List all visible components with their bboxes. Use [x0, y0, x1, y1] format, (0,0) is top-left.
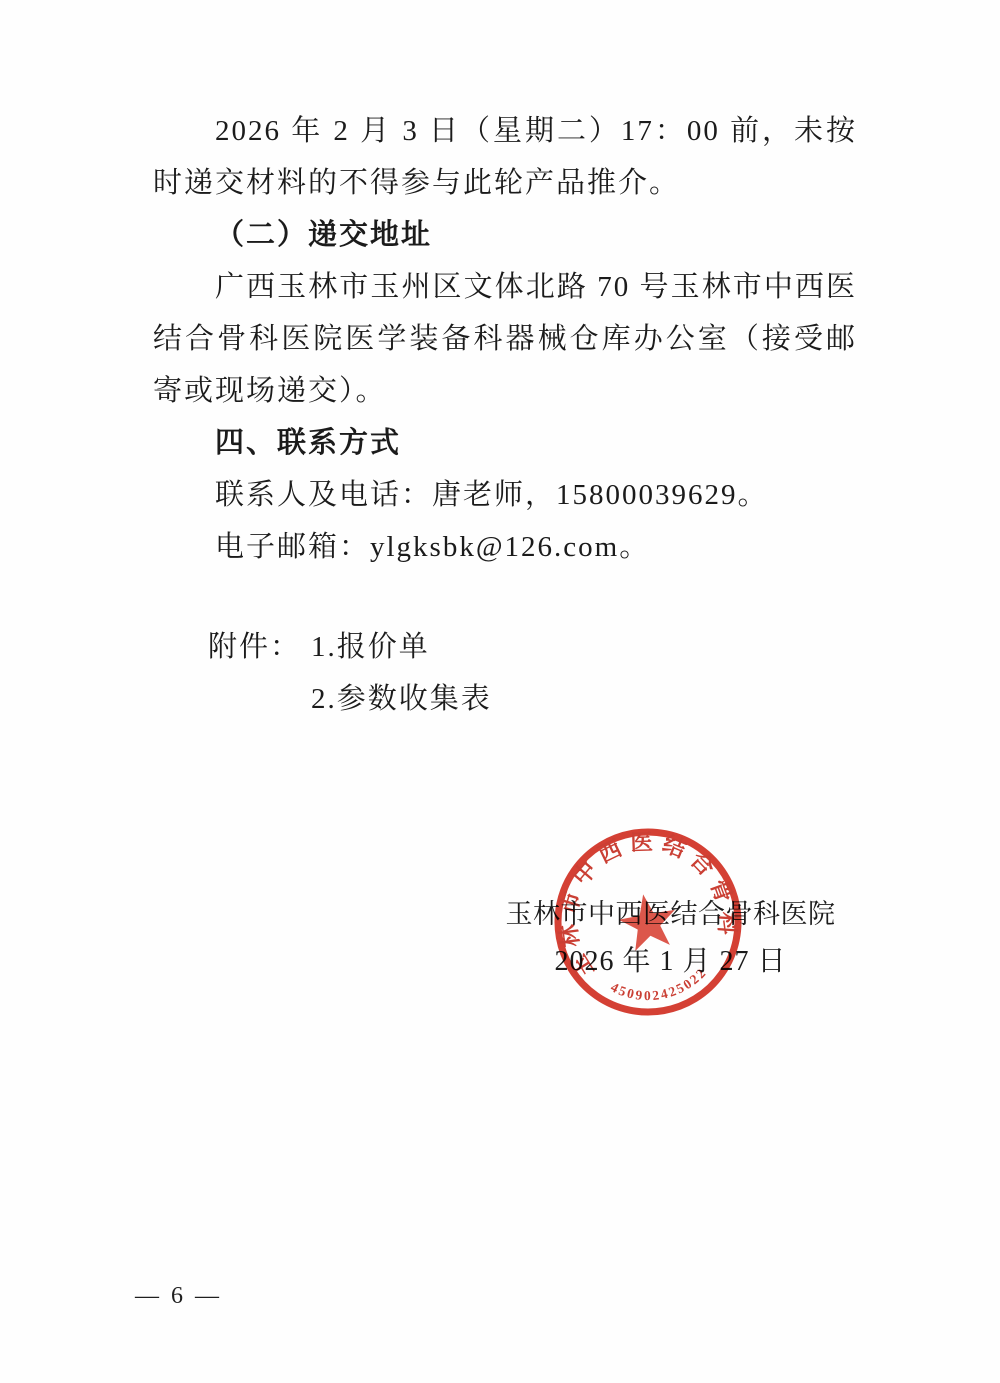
heading-contact-info: 四、联系方式 [153, 417, 857, 469]
attachment-item-1: 1.报价单 [311, 621, 492, 673]
attachments-label: 附件： [208, 621, 301, 673]
document-body: 2026 年 2 月 3 日（星期二）17：00 前，未按时递交材料的不得参与此… [153, 105, 857, 725]
paragraph-email: 电子邮箱：ylgksbk@126.com。 [153, 521, 857, 573]
paragraph-contact: 联系人及电话：唐老师，15800039629。 [153, 469, 857, 521]
attachments-list: 1.报价单 2.参数收集表 [311, 621, 492, 725]
seal-star-icon [615, 889, 681, 952]
attachments-block: 附件： 1.报价单 2.参数收集表 [153, 621, 857, 725]
page-number: — 6 — [135, 1283, 222, 1310]
attachment-item-2: 2.参数收集表 [311, 673, 492, 725]
heading-submission-address: （二）递交地址 [153, 209, 857, 261]
paragraph-deadline: 2026 年 2 月 3 日（星期二）17：00 前，未按时递交材料的不得参与此… [153, 105, 857, 209]
document-page: 2026 年 2 月 3 日（星期二）17：00 前，未按时递交材料的不得参与此… [0, 0, 1000, 1383]
official-seal-stamp: 玉林市中西医结合骨科医院 4509024250226 [548, 822, 748, 1022]
paragraph-address: 广西玉林市玉州区文体北路 70 号玉林市中西医结合骨科医院医学装备科器械仓库办公… [153, 261, 857, 417]
